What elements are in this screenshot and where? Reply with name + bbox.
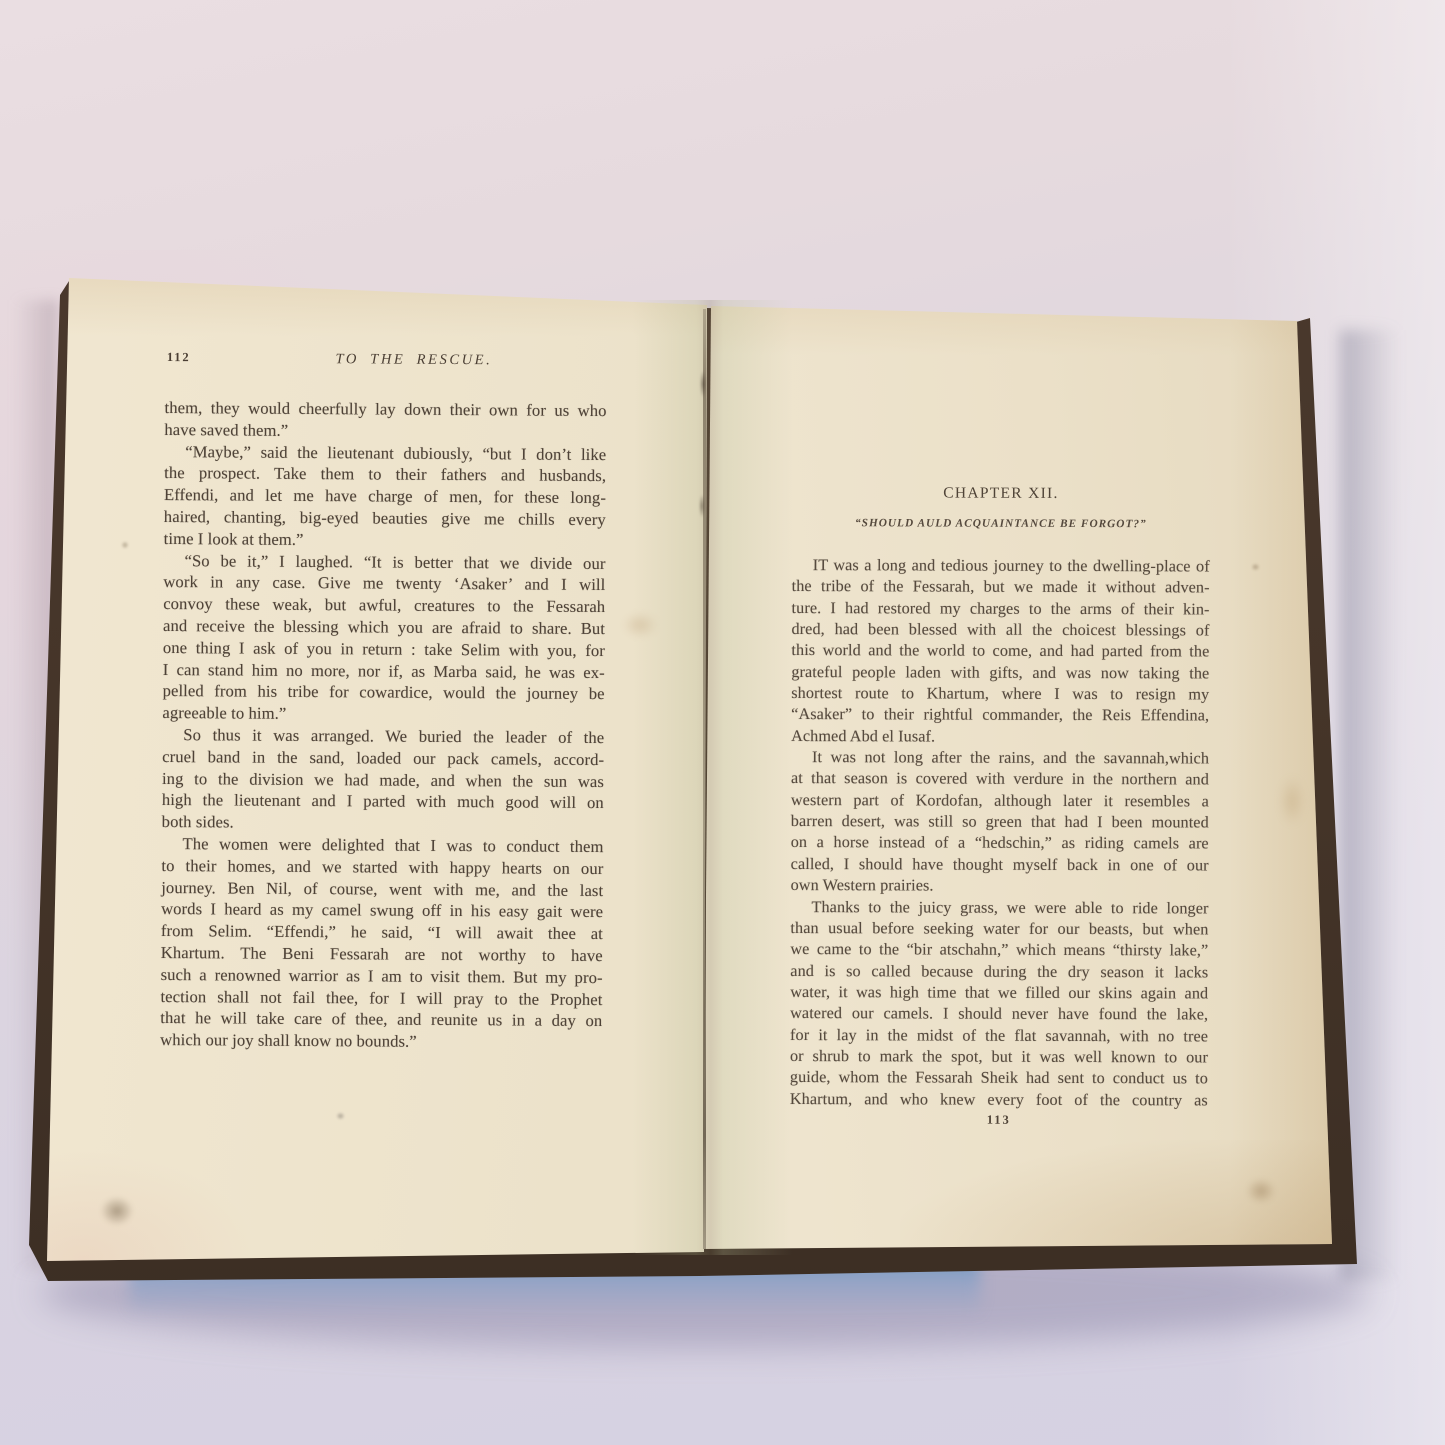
book-photo-scene: 112 TO THE RESCUE. them, they would chee… (0, 0, 1445, 1445)
page-stains-layer (0, 0, 1445, 1445)
stain (336, 1112, 345, 1120)
stain (1246, 1178, 1276, 1204)
stain (699, 494, 705, 518)
stain (622, 612, 658, 638)
stain (100, 1196, 134, 1226)
stain (1280, 776, 1304, 826)
stain (1251, 563, 1260, 571)
stain (700, 370, 706, 398)
stain (121, 541, 129, 549)
